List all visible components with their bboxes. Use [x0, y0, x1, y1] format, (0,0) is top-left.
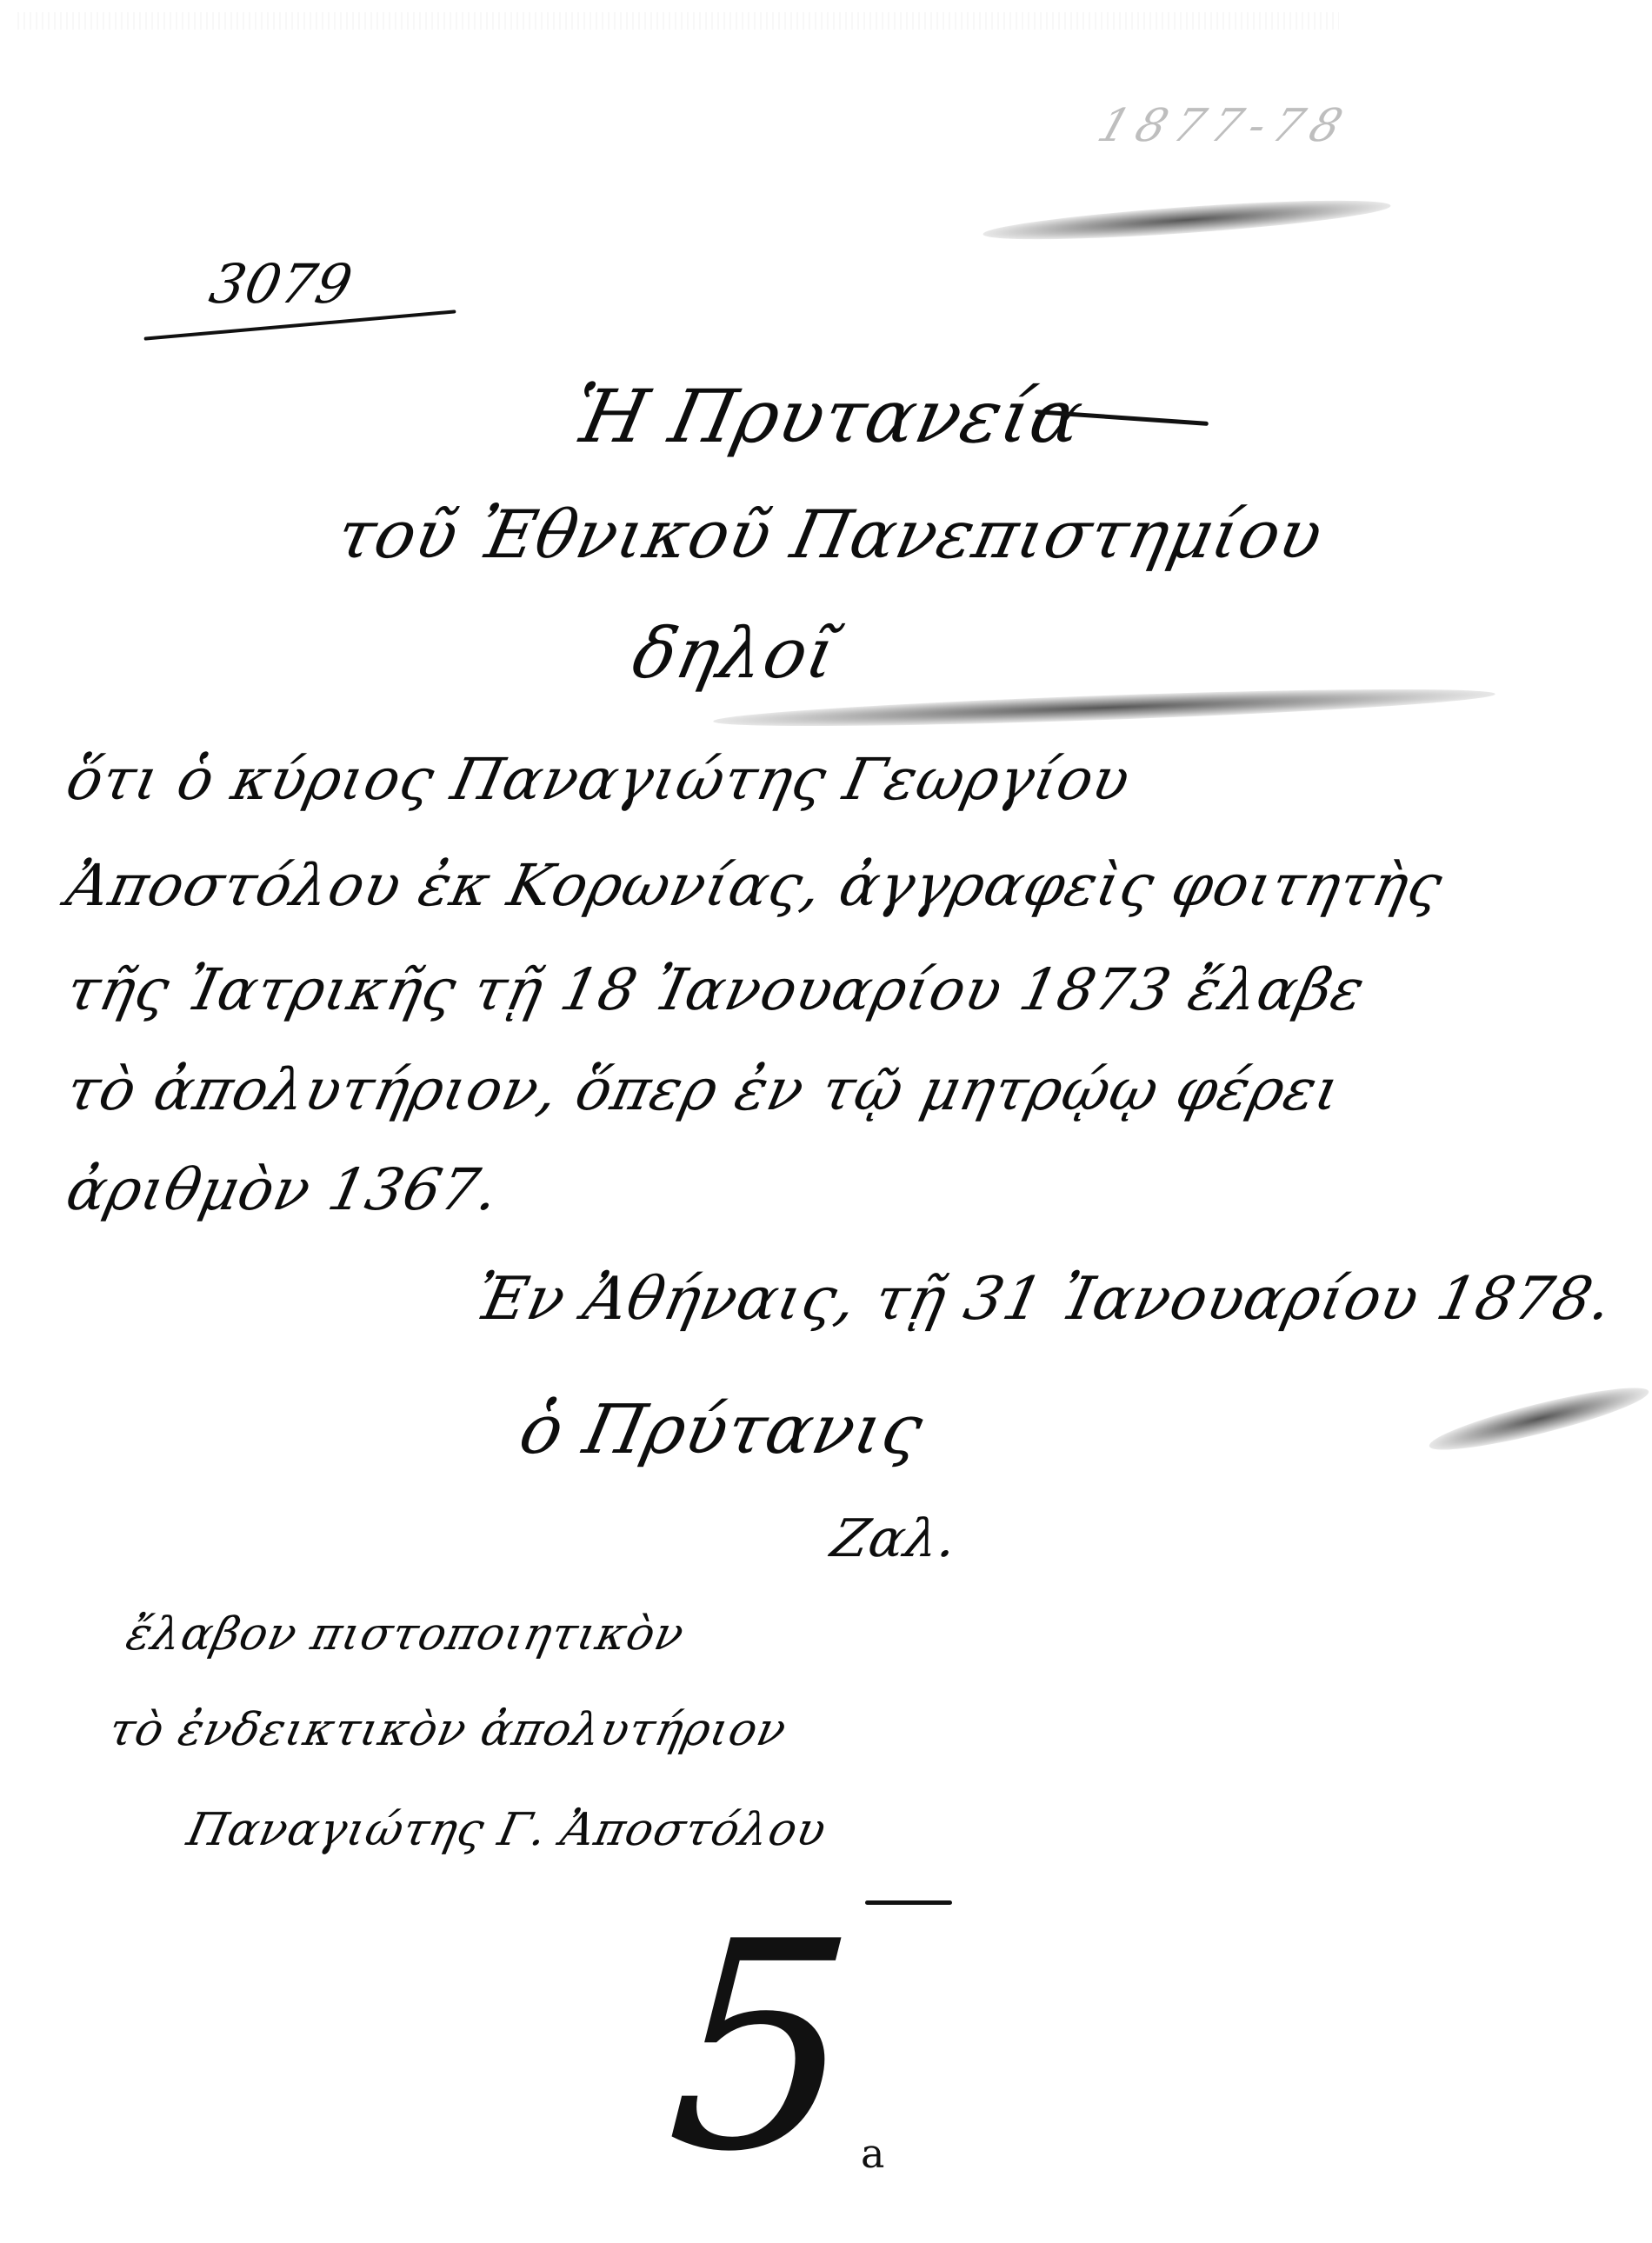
receipt-line-2: τὸ ἐνδεικτικὸν ἀπολυτήριον	[104, 1704, 791, 1756]
document-page: 1877-78 3079 Ἡ Πρυτανεία τοῦ Ἐθνικοῦ Παν…	[0, 0, 1652, 2243]
body-line-2: Ἀποστόλου ἐκ Κορωνίας, ἀγγραφεὶς φοιτητὴ…	[61, 852, 1449, 919]
signature-title: ὁ Πρύτανις	[513, 1391, 930, 1469]
heading-university: τοῦ Ἐθνικοῦ Πανεπιστημίου	[330, 496, 1330, 573]
scan-noise-strip	[17, 12, 1339, 30]
folio-suffix: a	[861, 2130, 884, 2177]
body-line-3: τῆς Ἰατρικῆς τῇ 18 Ἰανουαρίου 1873 ἔλαβε	[61, 956, 1371, 1023]
body-line-5: ἀριθμὸν 1367.	[61, 1156, 505, 1223]
receipt-line-1: ἔλαβον πιστοποιητικὸν	[122, 1608, 689, 1661]
ink-smudge-right	[1426, 1377, 1652, 1461]
signature-mark: Ζαλ.	[826, 1508, 963, 1569]
receipt-line-3: Παναγιώτης Γ. Ἀποστόλου	[183, 1804, 831, 1856]
heading-rectorate: Ἡ Πρυτανεία	[565, 374, 1091, 459]
body-line-4: τὸ ἀπολυτήριον, ὅπερ ἐν τῷ μητρῴῳ φέρει	[61, 1056, 1347, 1123]
folio-number: 5	[634, 1904, 888, 2191]
pencil-annotation: 1877-78	[1091, 100, 1357, 152]
body-line-1: ὅτι ὁ κύριος Παναγιώτης Γεωργίου	[61, 746, 1136, 813]
ink-smudge-top	[983, 193, 1392, 248]
place-date: Ἐν Ἀθήναις, τῇ 31 Ἰανουαρίου 1878.	[470, 1265, 1619, 1334]
ink-smudge-middle	[713, 682, 1495, 733]
heading-declares: δηλοῖ	[626, 613, 844, 694]
catalog-number: 3079	[204, 252, 358, 316]
